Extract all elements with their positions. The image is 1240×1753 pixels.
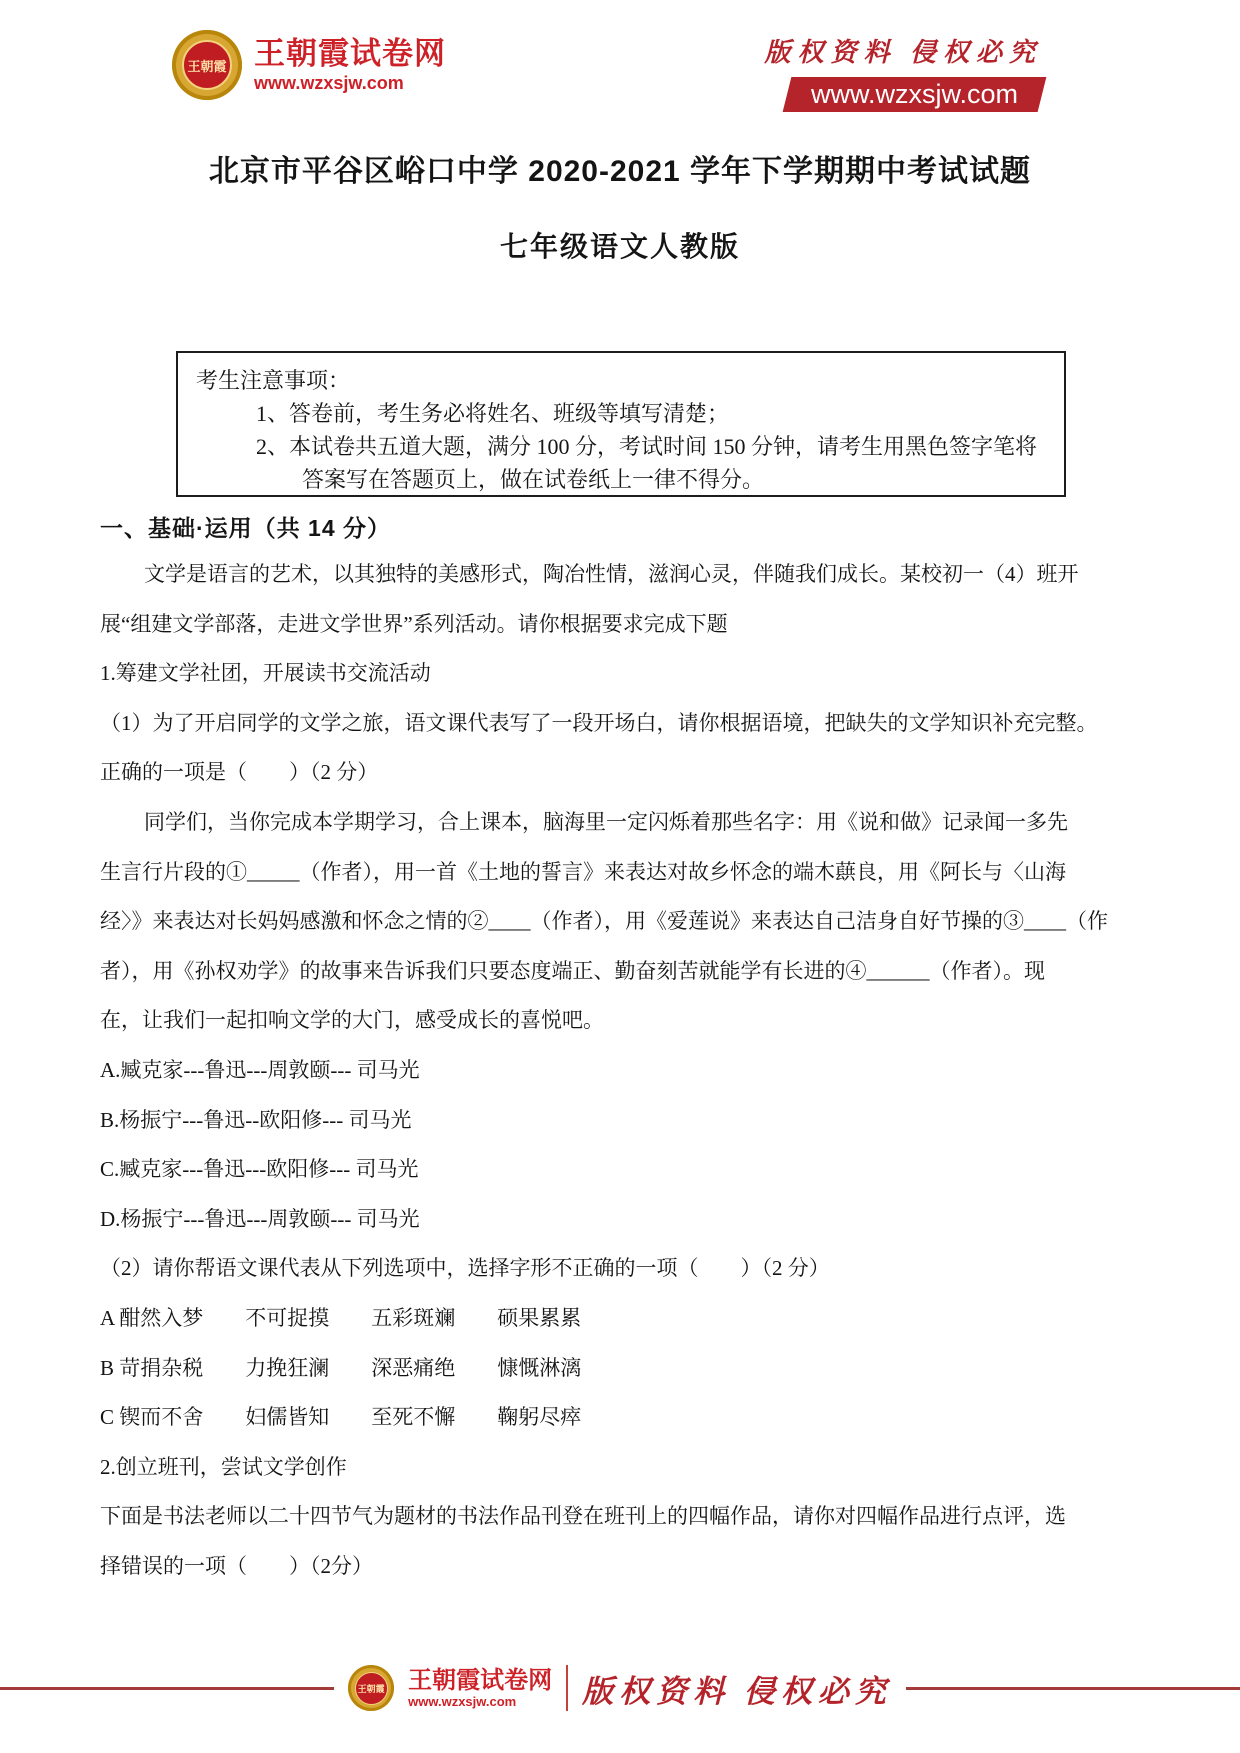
brand-url: www.wzxsjw.com bbox=[254, 74, 446, 94]
brand-logo: 王朝霞 王朝霞试卷网 www.wzxsjw.com bbox=[172, 30, 446, 100]
page-footer: 王朝霞 王朝霞试卷网 www.wzxsjw.com 版权资料 侵权必究 bbox=[0, 1652, 1240, 1724]
choice-option-b: B 苛捐杂税 力挽狂澜 深恶痛绝 慷慨淋漓 bbox=[100, 1344, 1160, 1394]
exam-paper-page: 王朝霞 王朝霞试卷网 www.wzxsjw.com 版权资料 侵权必究 www.… bbox=[0, 0, 1240, 1753]
footer-copyright-notice: 版权资料 侵权必究 bbox=[582, 1666, 892, 1711]
title-block: 北京市平谷区峪口中学 2020-2021 学年下学期期中考试试题 七年级语文人教… bbox=[0, 146, 1240, 265]
body-line: （2）请你帮语文课代表从下列选项中，选择字形不正确的一项（ ）（2 分） bbox=[100, 1244, 1160, 1294]
choice-option-a: A.臧克家---鲁迅---周敦颐--- 司马光 bbox=[100, 1046, 1160, 1096]
url-banner: www.wzxsjw.com bbox=[783, 77, 1047, 112]
choice-option-b: B.杨振宁---鲁迅--欧阳修--- 司马光 bbox=[100, 1096, 1160, 1146]
footer-divider bbox=[566, 1665, 568, 1711]
brand-name: 王朝霞试卷网 bbox=[254, 37, 446, 71]
brand-seal-text: 王朝霞 bbox=[355, 1672, 388, 1705]
body-line: 在，让我们一起扣响文学的大门，感受成长的喜悦吧。 bbox=[100, 996, 1160, 1046]
body-line: 下面是书法老师以二十四节气为题材的书法作品刊登在班刊上的四幅作品，请你对四幅作品… bbox=[100, 1492, 1160, 1542]
body-line: 同学们，当你完成本学期学习，合上课本，脑海里一定闪烁着那些名字：用《说和做》记录… bbox=[100, 798, 1160, 848]
notice-item-1: 1、答卷前，考生务必将姓名、班级等填写清楚； bbox=[196, 397, 1046, 430]
brand-seal-icon: 王朝霞 bbox=[348, 1665, 394, 1711]
footer-content: 王朝霞 王朝霞试卷网 www.wzxsjw.com 版权资料 侵权必究 bbox=[334, 1665, 906, 1711]
footer-brand-name: 王朝霞试卷网 bbox=[408, 1668, 552, 1693]
body-line: 择错误的一项（ ）（2分） bbox=[100, 1542, 1160, 1592]
footer-rule-right bbox=[906, 1687, 1240, 1690]
copyright-notice: 版权资料 侵权必究 bbox=[764, 32, 1042, 69]
choice-option-d: D.杨振宁---鲁迅---周敦颐--- 司马光 bbox=[100, 1195, 1160, 1245]
body-line: （1）为了开启同学的文学之旅，语文课代表写了一段开场白，请你根据语境，把缺失的文… bbox=[100, 699, 1160, 749]
choice-option-c: C.臧克家---鲁迅---欧阳修--- 司马光 bbox=[100, 1145, 1160, 1195]
choice-option-c: C 锲而不舍 妇儒皆知 至死不懈 鞠躬尽瘁 bbox=[100, 1393, 1160, 1443]
body-line: 正确的一项是（ ）（2 分） bbox=[100, 748, 1160, 798]
exam-body: 文学是语言的艺术，以其独特的美感形式，陶冶性情，滋润心灵，伴随我们成长。某校初一… bbox=[100, 550, 1160, 1591]
brand-logo-text: 王朝霞试卷网 www.wzxsjw.com bbox=[254, 37, 446, 94]
section-heading: 一、基础·运用（共 14 分） bbox=[100, 510, 391, 543]
body-line: 展“组建文学部落，走进文学世界”系列活动。请你根据要求完成下题 bbox=[100, 600, 1160, 650]
body-line: 经〉》来表达对长妈妈感激和怀念之情的②____（作者），用《爱莲说》来表达自己洁… bbox=[100, 897, 1160, 947]
choice-option-a: A 酣然入梦 不可捉摸 五彩斑斓 硕果累累 bbox=[100, 1294, 1160, 1344]
notice-item-2: 2、本试卷共五道大题，满分 100 分，考试时间 150 分钟，请考生用黑色签字… bbox=[196, 430, 1046, 496]
brand-seal-icon: 王朝霞 bbox=[172, 30, 242, 100]
exam-title: 北京市平谷区峪口中学 2020-2021 学年下学期期中考试试题 bbox=[0, 146, 1240, 190]
body-line: 1.筹建文学社团，开展读书交流活动 bbox=[100, 649, 1160, 699]
body-line: 文学是语言的艺术，以其独特的美感形式，陶冶性情，滋润心灵，伴随我们成长。某校初一… bbox=[100, 550, 1160, 600]
url-banner-text: www.wzxsjw.com bbox=[811, 79, 1018, 110]
examinee-notice-box: 考生注意事项： 1、答卷前，考生务必将姓名、班级等填写清楚； 2、本试卷共五道大… bbox=[176, 351, 1066, 497]
body-line: 者），用《孙权劝学》的故事来告诉我们只要态度端正、勤奋刻苦就能学有长进的④___… bbox=[100, 947, 1160, 997]
body-line: 2.创立班刊，尝试文学创作 bbox=[100, 1443, 1160, 1493]
page-header: 王朝霞 王朝霞试卷网 www.wzxsjw.com 版权资料 侵权必究 www.… bbox=[172, 30, 1042, 112]
notice-heading: 考生注意事项： bbox=[196, 364, 1046, 397]
header-right: 版权资料 侵权必究 www.wzxsjw.com bbox=[764, 30, 1042, 112]
footer-brand: 王朝霞试卷网 www.wzxsjw.com bbox=[408, 1668, 552, 1709]
body-line: 生言行片段的①_____（作者），用一首《土地的誓言》来表达对故乡怀念的端木蕻良… bbox=[100, 848, 1160, 898]
footer-brand-url: www.wzxsjw.com bbox=[408, 1695, 552, 1709]
brand-seal-text: 王朝霞 bbox=[182, 40, 232, 90]
footer-rule-left bbox=[0, 1687, 334, 1690]
exam-subtitle: 七年级语文人教版 bbox=[0, 225, 1240, 265]
